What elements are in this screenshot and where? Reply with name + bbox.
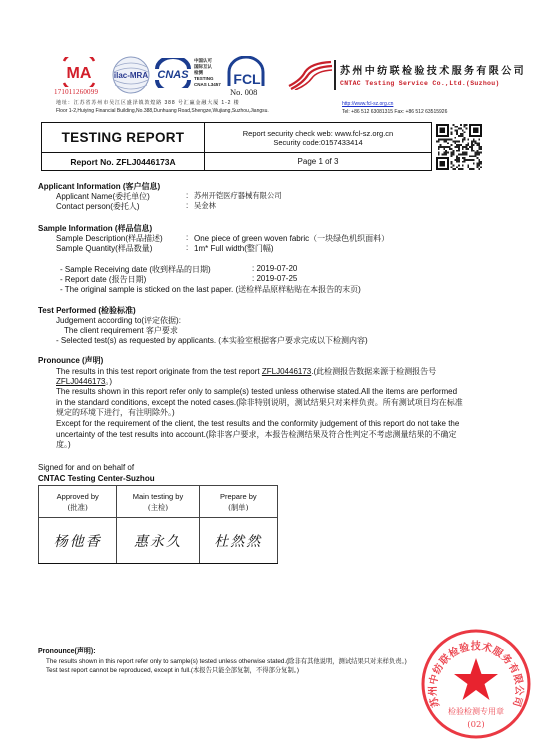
cntac-logo-icon — [287, 60, 333, 90]
sample-quantity-label: Sample Quantity(样品数量) — [56, 243, 152, 254]
approved-by-header: Approved by(批准) — [39, 486, 117, 518]
prepare-by-header: Prepare by(制单) — [199, 486, 277, 518]
tester-signature: 惠永久 — [117, 518, 199, 564]
signature-table: Approved by(批准) Main testing by(主检) Prep… — [38, 485, 278, 564]
contact-person-label: Contact person(委托人) — [56, 201, 140, 212]
footer-pronounce-heading: Pronounce(声明): — [38, 646, 96, 656]
pronounce-heading: Pronounce (声明) — [38, 355, 103, 366]
colon: : — [186, 243, 188, 252]
address-cn: 地址：江苏省苏州市吴江区盛泽镇敦煌路 388 号汇赢金融大厦 1-2 楼 — [56, 99, 240, 106]
website-link[interactable]: http://www.fcl-sz.org.cn — [342, 101, 393, 107]
qr-code-icon — [436, 124, 482, 170]
company-seal-stamp-icon: 苏州中纺联检验技术服务有限公司 检验检测专用章 (02) — [420, 628, 532, 740]
pronounce-paragraph-2-line-1: The results shown in this report refer o… — [56, 387, 457, 396]
pronounce-paragraph-2-line-3: 规定的环境下进行，有注明除外。) — [56, 407, 175, 418]
pronounce-paragraph-1: The results in this test report originat… — [56, 366, 436, 377]
svg-text:(02): (02) — [467, 719, 484, 730]
svg-text:ilac-MRA: ilac-MRA — [114, 71, 148, 80]
receiving-date-value: : 2019-07-20 — [252, 264, 297, 273]
page-indicator: Page 1 of 3 — [205, 153, 432, 171]
pronounce-paragraph-3-line-1: Except for the requirement of the client… — [56, 419, 459, 428]
tel-fax: Tel: +86 512 63081315 Fax: +86 512 63515… — [342, 109, 447, 115]
test-report-link-2[interactable]: ZFLJ0446173 — [56, 377, 105, 386]
cma-logo-icon: MA — [56, 57, 102, 87]
svg-text:检验检测专用章: 检验检测专用章 — [448, 706, 504, 716]
approver-signature: 杨他香 — [39, 518, 117, 564]
colon: : — [186, 191, 188, 200]
company-name-cn: 苏州中纺联检验技术服务有限公司 — [340, 62, 526, 77]
svg-text:MA: MA — [67, 65, 92, 82]
colon: : — [186, 233, 188, 242]
pronounce-paragraph-3-line-2: uncertainty of the test results into acc… — [56, 429, 457, 440]
selected-tests-note: - Selected test(s) as requested by appli… — [56, 335, 368, 346]
original-sample-note: - The original sample is sticked on the … — [60, 284, 361, 295]
contact-person-value: 吴金林 — [194, 201, 216, 211]
company-name-en: CNTAC Testing Service Co.,Ltd.(Suzhou) — [340, 80, 500, 87]
report-date-value: : 2019-07-25 — [252, 274, 297, 283]
main-testing-header: Main testing by(主检) — [117, 486, 199, 518]
test-report-link[interactable]: ZFLJ0446173 — [262, 367, 311, 376]
logo-divider — [334, 60, 336, 90]
footer-line-1: The results shown in this report refer o… — [46, 656, 407, 665]
testing-center-name: CNTAC Testing Center-Suzhou — [38, 474, 155, 483]
fcl-number: No. 008 — [230, 87, 257, 97]
cma-number: 171011260099 — [54, 88, 98, 96]
cnas-logo-icon: CNAS — [154, 58, 192, 88]
signed-on-behalf: Signed for and on behalf of — [38, 463, 134, 472]
report-number: Report No. ZFLJ0446173A — [42, 153, 205, 171]
ilac-mra-logo-icon: ilac-MRA — [110, 55, 152, 95]
report-header-table: TESTING REPORT Report security check web… — [41, 122, 432, 171]
security-info: Report security check web: www.fcl-sz.or… — [205, 123, 432, 153]
sample-quantity-value: 1m* Full width(整门幅) — [194, 243, 274, 254]
address-en: Floor 1-2,Huiying Financial Building,No.… — [56, 108, 269, 114]
security-web: Report security check web: www.fcl-sz.or… — [205, 129, 431, 138]
colon: : — [186, 201, 188, 210]
svg-text:FCL: FCL — [233, 71, 261, 87]
footer-line-2: Test test report cannot be reproduced, e… — [46, 665, 299, 674]
svg-text:CNAS: CNAS — [157, 69, 189, 81]
preparer-signature: 杜然然 — [199, 518, 277, 564]
pronounce-paragraph-3-line-3: 度。) — [56, 439, 71, 450]
report-title: TESTING REPORT — [42, 123, 205, 153]
applicant-name-value: 苏州开铠医疗器械有限公司 — [194, 191, 282, 201]
cnas-accreditation-text: 中国认可 国际互认 检测 TESTING CNAS L3457 — [194, 58, 221, 88]
fcl-logo-icon: FCL — [225, 56, 267, 88]
security-code: Security code:0157433414 — [205, 138, 431, 147]
